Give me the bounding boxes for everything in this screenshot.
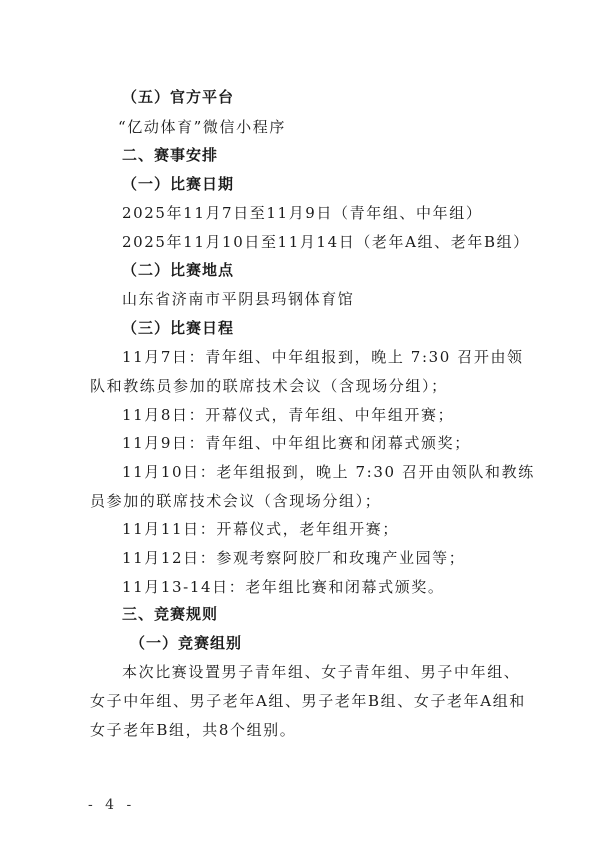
groups-text-line: 本次比赛设置男子青年组、女子青年组、男子中年组、 [122,662,520,682]
agenda-line: 11月9日：青年组、中年组比赛和闭幕式颁奖； [122,433,471,453]
section-rules-heading: 三、竞赛规则 [122,604,218,624]
official-platform-text: “亿动体育”微信小程序 [118,117,286,137]
page-number: - 4 - [88,797,135,813]
subsection-agenda-heading: （三）比赛日程 [122,318,234,338]
subsection-groups-heading: （一）竞赛组别 [130,633,242,653]
agenda-line: 员参加的联席技术会议（含现场分组）； [90,491,381,511]
agenda-line: 11月11日：开幕仪式，老年组开赛； [122,519,399,539]
groups-text-line: 女子中年组、男子老年A组、男子老年B组、女子老年A组和 [90,691,526,711]
agenda-line: 11月7日：青年组、中年组报到，晚上 7:30 召开由领 [122,347,524,367]
section-official-platform-heading: （五）官方平台 [122,87,234,107]
agenda-line: 11月8日：开幕仪式，青年组、中年组开赛； [122,405,454,425]
subsection-dates-heading: （一）比赛日期 [122,174,234,194]
section-event-schedule-heading: 二、赛事安排 [122,145,218,165]
agenda-line: 11月12日：参观考察阿胶厂和玫瑰产业园等； [122,548,465,568]
agenda-line: 11月13-14日：老年组比赛和闭幕式颁奖。 [122,577,445,597]
subsection-venue-heading: （二）比赛地点 [122,260,234,280]
groups-text-line: 女子老年B组，共8个组别。 [90,720,296,740]
venue-text: 山东省济南市平阴县玛钢体育馆 [122,289,354,309]
agenda-line: 11月10日：老年组报到，晚上 7:30 召开由领队和教练 [122,462,535,482]
date-line-2: 2025年11月10日至11月14日（老年A组、老年B组） [122,232,530,252]
date-line-1: 2025年11月7日至11月9日（青年组、中年组） [122,203,482,223]
agenda-line: 队和教练员参加的联席技术会议（含现场分组）； [90,376,448,396]
